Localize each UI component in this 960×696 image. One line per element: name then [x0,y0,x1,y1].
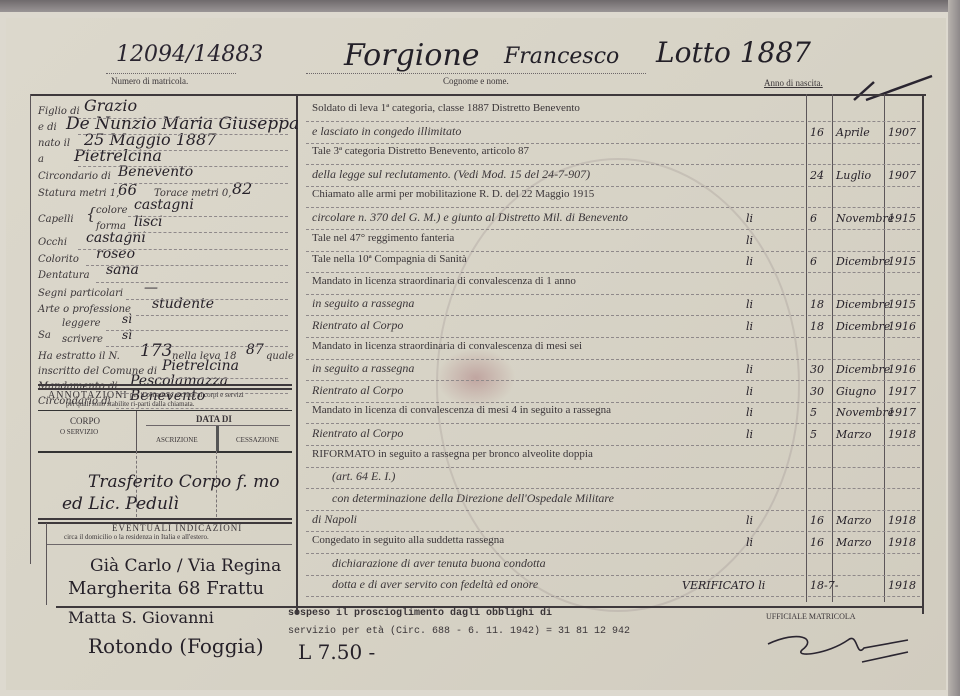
entry-text: di Napoli [312,512,357,527]
madre-label: e di [38,122,57,133]
date-year: 1918 [888,514,916,527]
rule [128,232,288,233]
date-rule [808,531,920,532]
entry-text: Tale nel 47° reggimento fanteria [312,232,454,244]
header-divider [30,94,926,96]
date-day: 18 [810,298,824,311]
date-rule [808,553,920,554]
date-year: 1916 [888,363,916,376]
entry-rule [306,143,804,144]
li-mark: li [746,428,753,441]
date-year: 1915 [888,212,916,225]
date-year: 1916 [888,320,916,333]
quale-label: quale [266,351,294,362]
entry-rule [306,380,804,381]
officer-signature [758,618,918,668]
entry-rule [306,229,804,230]
date-day: 16 [810,126,824,139]
occhi-label: Occhi [38,237,67,248]
entry-rule [306,510,804,511]
entry-text: della legge sul reclutamento. (Vedi Mod.… [312,167,590,182]
right-border [922,94,924,614]
entry-rule [306,531,804,532]
entry-rule [306,467,804,468]
first-name: Francesco [504,44,619,69]
date-year: 1907 [888,126,916,139]
father-name: Grazio [84,96,137,115]
date-day: 30 [810,363,824,376]
rule [126,299,288,300]
date-month: Dicembre [836,298,890,311]
mandamento-value: Pescolamazza [130,373,228,389]
entry-text: Soldato di leva 1ª categoria, classe 188… [312,102,580,114]
entry-text: Rientrato al Corpo [312,426,403,441]
entry-rule [306,186,804,187]
surname: Forgione [344,38,480,73]
matricola-underline [106,73,236,74]
entry-text: in seguito a rassegna [312,296,414,311]
entry-rule [306,164,804,165]
rule [106,346,288,347]
footer-typed-line-1: sospeso il proscioglimento dagli obbligh… [288,608,552,619]
nato-label: nato il [38,138,70,149]
annotazioni-handwritten-1: Trasferito Corpo f. mo [88,472,279,492]
chest-value: 82 [232,179,252,198]
annotazioni-bottom-border [38,518,292,520]
li-mark: li [746,536,753,549]
annotazioni-col-line [136,411,137,451]
sa-label: Sa [38,330,51,341]
rule [128,216,288,217]
stain-mark [436,348,516,408]
estratto-label: Ha estratto il N. [38,351,120,362]
entry-rule [306,575,804,576]
entry-text: Mandato in licenza straordinaria di conv… [312,340,582,352]
leva-year: 87 [246,342,264,358]
date-year: 1917 [888,385,916,398]
entry-rule [306,251,804,252]
a-label: a [38,154,44,165]
col-cessazione: CESSAZIONE [236,436,279,444]
entry-rule [306,423,804,424]
date-year: 1918 [888,428,916,441]
entry-rule [306,445,804,446]
date-rule [808,359,920,360]
date-day: 6 [810,255,817,268]
entry-text: Tale nella 10ª Compagnia di Sanità [312,253,467,265]
entry-text: Mandato in licenza di convalescenza di m… [312,404,611,416]
year-column-line [884,94,885,602]
eventuali-address-2: Margherita 68 Frattu [68,578,264,599]
annotazioni-top-border [38,384,292,386]
rule [96,282,288,283]
date-rule [808,467,920,468]
date-rule [808,445,920,446]
date-rule [808,143,920,144]
date-rule [808,251,920,252]
date-rule [808,229,920,230]
li-mark: li [746,255,753,268]
residence-line-2: Rotondo (Foggia) [88,634,264,658]
date-rule [808,575,920,576]
rule [86,265,288,266]
annotazioni-handwritten-2: ed Lic. Pedulì [62,494,179,514]
col-servizio: O SERVIZIO [60,428,98,436]
date-month: Aprile [836,126,870,139]
circondario-label: Circondario di [38,171,111,182]
entry-text: Congedato in seguito alla suddetta rasse… [312,534,504,546]
frame-right-edge [948,0,960,696]
rule [78,134,288,135]
annotazioni-subtitle-1: per il personale ascritto ai corpi e ser… [130,391,244,399]
date-rule [808,402,920,403]
entry-text: in seguito a rassegna [312,361,414,376]
annotazioni-header-rule [38,410,292,411]
entry-rule [306,596,804,597]
scrivere-label: scrivere [62,334,103,345]
eventuali-address-1: Già Carlo / Via Regina [90,556,281,576]
date-rule [808,121,920,122]
li-mark: li [746,298,753,311]
annotazioni-col-line [216,426,219,451]
annotazioni-col-header-bottom [38,451,292,453]
date-day: 6 [810,212,817,225]
entry-rule [306,207,804,208]
entry-text: (art. 64 E. I.) [332,469,395,484]
entry-rule [306,315,804,316]
date-month: Dicembre [836,320,890,333]
date-year: 1915 [888,255,916,268]
date-year: 1915 [888,298,916,311]
date-rule [808,315,920,316]
date-month: Luglio [836,169,871,182]
entry-text: Rientrato al Corpo [312,318,403,333]
entry-text: Rientrato al Corpo [312,383,403,398]
brace: { [86,204,96,223]
entry-text: dichiarazione di aver tenuta buona condo… [332,556,546,571]
date-day: 18 [810,320,824,333]
date-year: 1918 [888,536,916,549]
data-di-rule [146,425,290,426]
rule [78,150,288,151]
dentatura-label: Dentatura [38,270,90,281]
capelli-label: Capelli [38,214,74,225]
li-mark: li [746,234,753,247]
entry-text: Mandato in licenza straordinaria di conv… [312,275,576,287]
comune-value: Pietrelcina [162,358,239,374]
hair-color: castagni [134,197,194,213]
annotazioni-subtitle-2: pei quali sono stabilite ri-parti dalla … [66,400,195,408]
day-column-line [806,94,807,602]
eventuali-header-rule [46,544,292,545]
footer-typed-line-2: servizio per età (Circ. 688 - 6. 11. 194… [288,626,630,637]
date-rule [808,186,920,187]
left-border [30,94,31,564]
arte-label: Arte o professione [38,304,131,315]
date-day: 5 [810,406,817,419]
date-month: Novembre [836,212,894,225]
date-year: 1907 [888,169,916,182]
entry-text: RIFORMATO in seguito a rassegna per bron… [312,448,593,460]
name-label: Cognome e nome. [443,76,509,86]
military-record-sheet: 12094/14883 Numero di matricola. Forgion… [6,18,946,690]
rule [114,183,288,184]
date-month: Dicembre [836,255,890,268]
colore-label: colore [96,205,128,216]
entry-rule [306,402,804,403]
date-day: 5 [810,428,817,441]
residence-line-1: Matta S. Giovanni [68,608,214,627]
date-month: Marzo [836,514,872,527]
date-rule [808,423,920,424]
entry-rule [306,488,804,489]
date-rule [808,510,920,511]
entry-text: circolare n. 370 del G. M.) e giunto al … [312,210,628,225]
rule [156,378,288,379]
entry-rule [306,337,804,338]
date-month: Giugno [836,385,876,398]
date-day: 18-7- [810,579,838,592]
li-mark: li [746,514,753,527]
birth-place: Pietrelcina [74,146,162,165]
entry-text: Tale 3ª categoria Distretto Benevento, a… [312,145,529,157]
date-rule [808,272,920,273]
col-corpo: CORPO [70,416,100,426]
date-month: Marzo [836,536,872,549]
entry-text: Chiamato alle armi per mobilitazione R. … [312,188,594,200]
li-mark: li [746,406,753,419]
rule [116,408,288,409]
date-rule [808,164,920,165]
entry-rule [306,294,804,295]
rule [78,249,288,250]
li-mark: VERIFICATO li [682,579,765,592]
date-day: 24 [810,169,824,182]
date-day: 16 [810,514,824,527]
date-day: 30 [810,385,824,398]
name-underline [306,73,646,74]
matricola-label: Numero di matricola. [111,76,188,86]
date-rule [808,596,920,597]
entry-rule [306,553,804,554]
entry-rule [306,121,804,122]
colorito-label: Colorito [38,254,79,265]
eventuali-left-border [46,523,47,605]
col-ascrizione: ASCRIZIONE [156,436,198,444]
statura-label: Statura metri 1, [38,188,119,199]
entry-text: con determinazione della Direzione dell'… [332,491,614,506]
classe-label: Anno di nascita. [764,78,823,88]
date-day: 16 [810,536,824,549]
date-rule [808,207,920,208]
date-month: Marzo [836,428,872,441]
date-year: 1918 [888,579,916,592]
rule [106,330,288,331]
month-column-line [832,94,833,602]
leggere-label: leggere [62,318,101,329]
entry-text: dotta e di aver servito con fedeltà ed o… [332,577,538,592]
eventuali-title: EVENTUALI INDICAZIONI [112,523,242,533]
left-column-divider [296,94,298,614]
li-mark: li [746,385,753,398]
rule [78,166,288,167]
li-mark: li [746,320,753,333]
date-year: 1917 [888,406,916,419]
rule [78,118,288,119]
matricola-number: 12094/14883 [116,42,263,67]
date-month: Novembre [836,406,894,419]
date-rule [808,337,920,338]
classe-handwritten: Lotto 1887 [656,36,811,69]
entry-rule [306,359,804,360]
date-rule [808,294,920,295]
entry-rule [306,272,804,273]
date-rule [808,488,920,489]
date-rule [808,380,920,381]
segni-label: Segni particolari [38,288,123,299]
entry-text: e lasciato in congedo illimitato [312,124,461,139]
footer-handwritten-amount: L 7.50 - [298,640,375,664]
date-month: Dicembre [836,363,890,376]
col-data-di: DATA DI [196,414,232,424]
li-mark: li [746,212,753,225]
eventuali-subtitle: circa il domicilio o la residenza in Ita… [64,533,209,541]
rule [136,315,288,316]
can-read: sì [122,312,132,326]
li-mark: li [746,363,753,376]
